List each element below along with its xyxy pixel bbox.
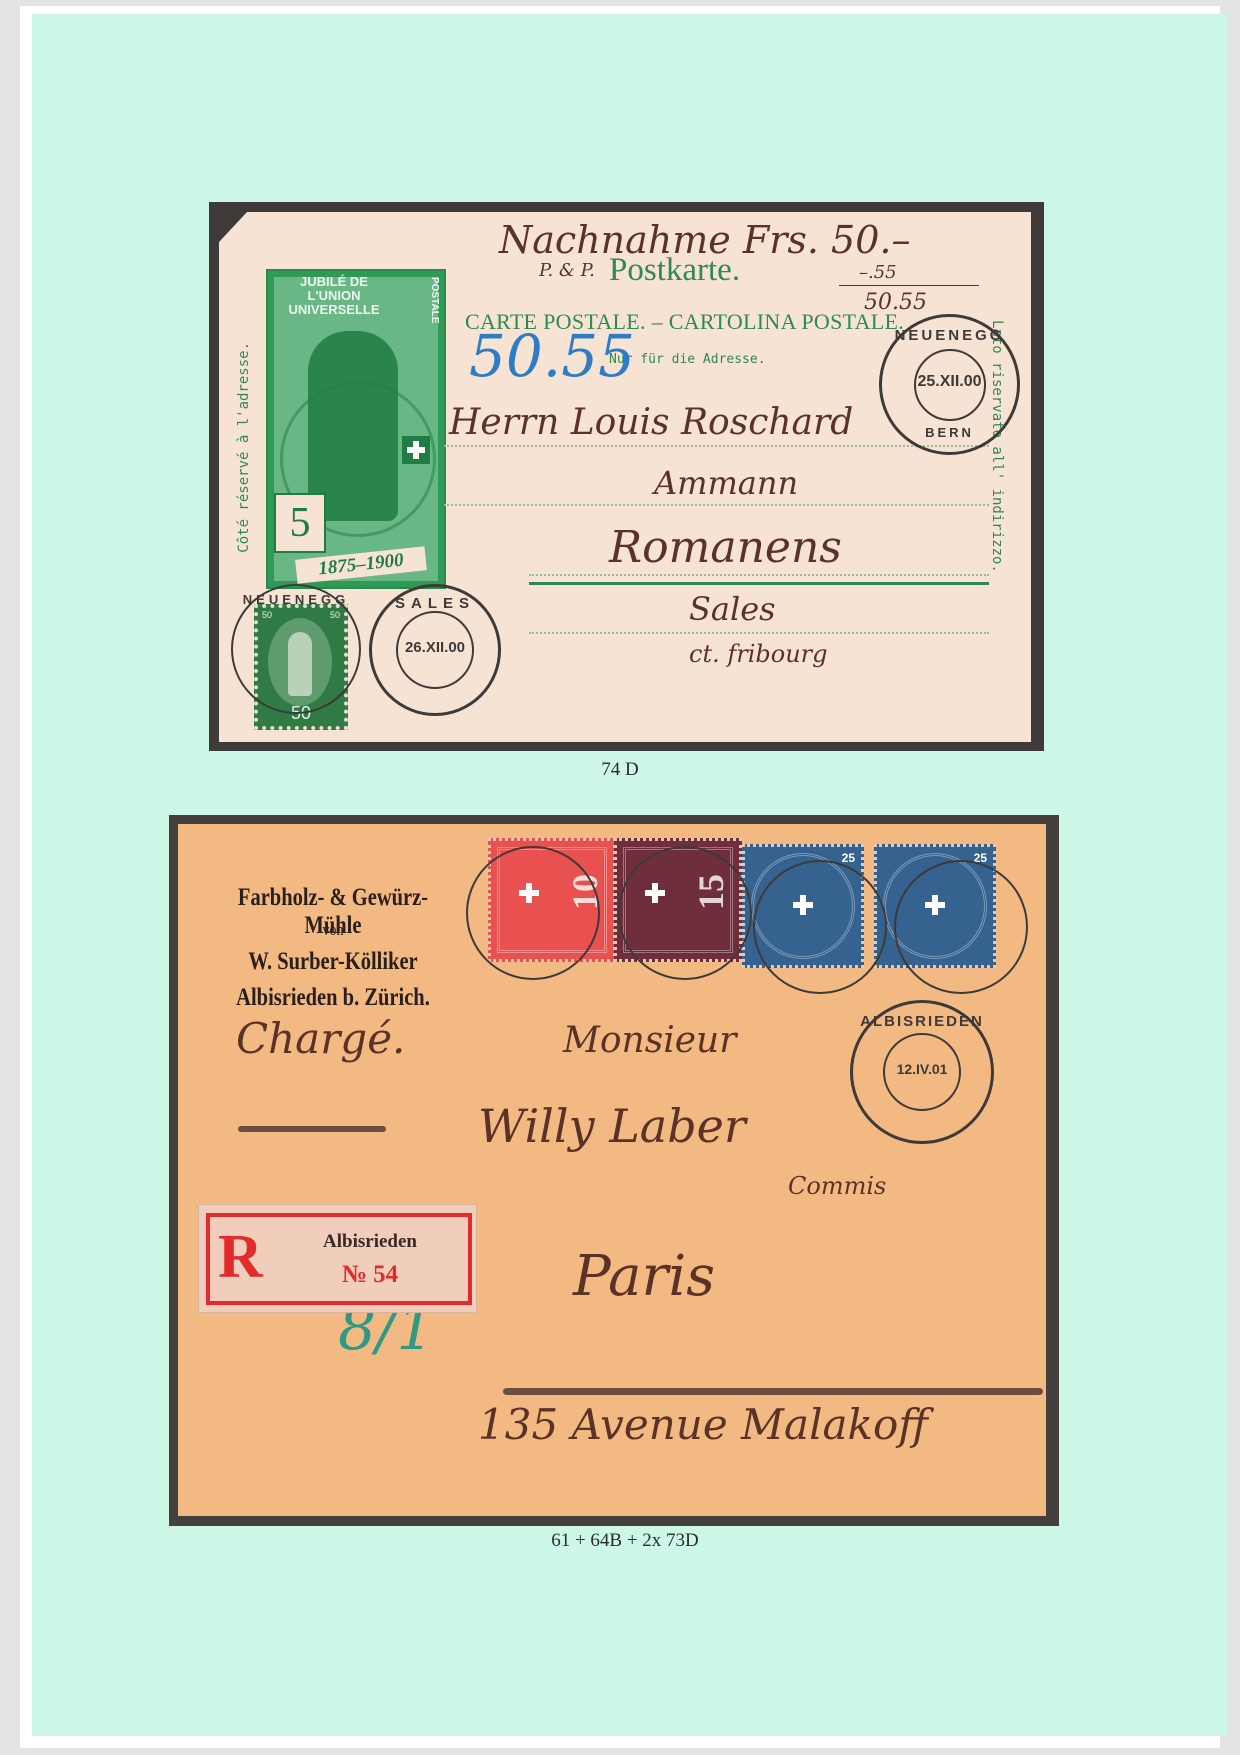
stamp-postmark xyxy=(753,860,887,994)
stamp-value: 5 xyxy=(274,493,326,553)
postcard-left-vertical-text: Côté réservé à l'adresse. xyxy=(236,342,252,553)
stamp-side-text: POSTALE xyxy=(429,277,440,323)
envelope-mount: Farbholz- & Gewürz-Mühle von W. Surber-K… xyxy=(169,815,1059,1526)
address-line xyxy=(529,574,989,576)
stamp-banner-text: JUBILÉ DE L'UNION UNIVERSELLE xyxy=(274,275,394,317)
postcard: Côté réservé à l'adresse. JUBILÉ DE L'UN… xyxy=(219,212,1031,742)
blue-total: 50.55 xyxy=(469,322,635,390)
stamp-postmark xyxy=(466,846,600,980)
postmark-sales: SALES 26.XII.00 xyxy=(369,584,501,716)
initials: P. & P. xyxy=(539,260,595,281)
fee-line: –.55 xyxy=(859,262,897,283)
postmark-neuenegg-2: NEUENEGG xyxy=(231,584,361,714)
postmark-neuenegg: NEUENEGG 25.XII.00 BERN xyxy=(879,314,1020,455)
address-line xyxy=(444,504,989,506)
registration-number: № 54 xyxy=(280,1261,460,1289)
registration-label-frame: R Albisrieden № 54 xyxy=(206,1213,472,1305)
registration-letter: R xyxy=(218,1225,263,1289)
registration-label: R Albisrieden № 54 xyxy=(198,1204,477,1313)
destination-city: Paris xyxy=(573,1244,715,1309)
sender-von: von xyxy=(222,920,443,940)
recipient-title: Commis xyxy=(788,1172,886,1200)
registration-place: Albisrieden xyxy=(280,1231,460,1253)
canton: ct. fribourg xyxy=(689,640,827,668)
total: 50.55 xyxy=(864,290,927,315)
recipient-name: Willy Laber xyxy=(478,1099,746,1153)
street-address: 135 Avenue Malakoff xyxy=(478,1400,928,1449)
swiss-cross-icon xyxy=(402,436,430,464)
addressee-title: Ammann xyxy=(654,464,798,502)
city-underline xyxy=(503,1388,1043,1395)
sender-name: W. Surber-Kölliker xyxy=(222,948,443,976)
sender-address: Albisrieden b. Zürich. xyxy=(222,984,443,1012)
service-note: Chargé. xyxy=(236,1014,405,1063)
addressee: Herrn Louis Roschard xyxy=(449,402,853,443)
envelope-caption: 61 + 64B + 2x 73D xyxy=(480,1530,770,1552)
post-office: Sales xyxy=(689,590,776,628)
address-line xyxy=(529,632,989,634)
service-underline xyxy=(238,1126,386,1132)
jubilee-imprinted-stamp: JUBILÉ DE L'UNION UNIVERSELLE POSTALE 5 … xyxy=(266,269,446,589)
address-underline xyxy=(529,582,989,585)
postcard-caption: 74 D xyxy=(560,759,680,781)
cod-line: Nachnahme Frs. 50.– xyxy=(499,218,911,262)
postmark-albisrieden: ALBISRIEDEN 12.IV.01 xyxy=(850,1000,994,1144)
postcard-mount: Côté réservé à l'adresse. JUBILÉ DE L'UN… xyxy=(209,202,1044,751)
salutation: Monsieur xyxy=(563,1020,736,1061)
stamp-postmark xyxy=(894,860,1028,994)
destination-town: Romanens xyxy=(609,522,842,573)
sum-line xyxy=(839,285,979,286)
envelope: Farbholz- & Gewürz-Mühle von W. Surber-K… xyxy=(178,824,1046,1516)
stamp-postmark xyxy=(618,846,752,980)
address-line xyxy=(444,445,989,447)
